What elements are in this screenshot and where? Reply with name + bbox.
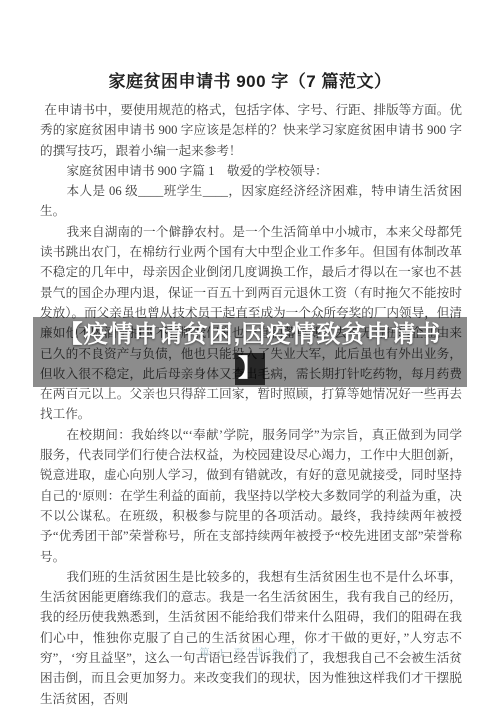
page-number-indicator: 第 1 页 共 8 页 [0, 644, 500, 659]
self-introduction-paragraph: 本人是 06 级____班学生____，因家庭经济经济困难，特申请生活贫困生。 [40, 181, 462, 222]
poverty-attitude-paragraph: 我们班的生活贫困生是比较多的，我想有生活贫困生也不是什么坏事，生活贫困能更磨练我… [40, 567, 462, 706]
watermark-text-line1: 【疫情申请贫困,因疫情致贫申请书 [33, 318, 467, 352]
document-title: 家庭贫困申请书 900 字（7 篇范文） [0, 0, 500, 93]
watermark-closing-bracket: 】 [235, 353, 265, 385]
document-body: 在申请书中，要使用规范的格式，包括字体、字号、行距、排版等方面。优秀的家庭贫困申… [40, 100, 462, 706]
watermark-text-line2: 】 [33, 352, 467, 386]
section-heading-line: 家庭贫困申请书 900 字篇 1 敬爱的学校领导： [40, 161, 462, 181]
document-page: 家庭贫困申请书 900 字（7 篇范文） 在申请书中，要使用规范的格式，包括字体… [0, 0, 500, 706]
watermark-overlay: 【疫情申请贫困,因疫情致贫申请书 】 [33, 317, 467, 387]
school-performance-paragraph: 在校期间：我始终以“‘奉献’学院，服务同学”为宗旨，真正做到为同学服务，代表同学… [40, 425, 462, 567]
intro-paragraph: 在申请书中，要使用规范的格式，包括字体、字号、行距、排版等方面。优秀的家庭贫困申… [40, 100, 462, 161]
